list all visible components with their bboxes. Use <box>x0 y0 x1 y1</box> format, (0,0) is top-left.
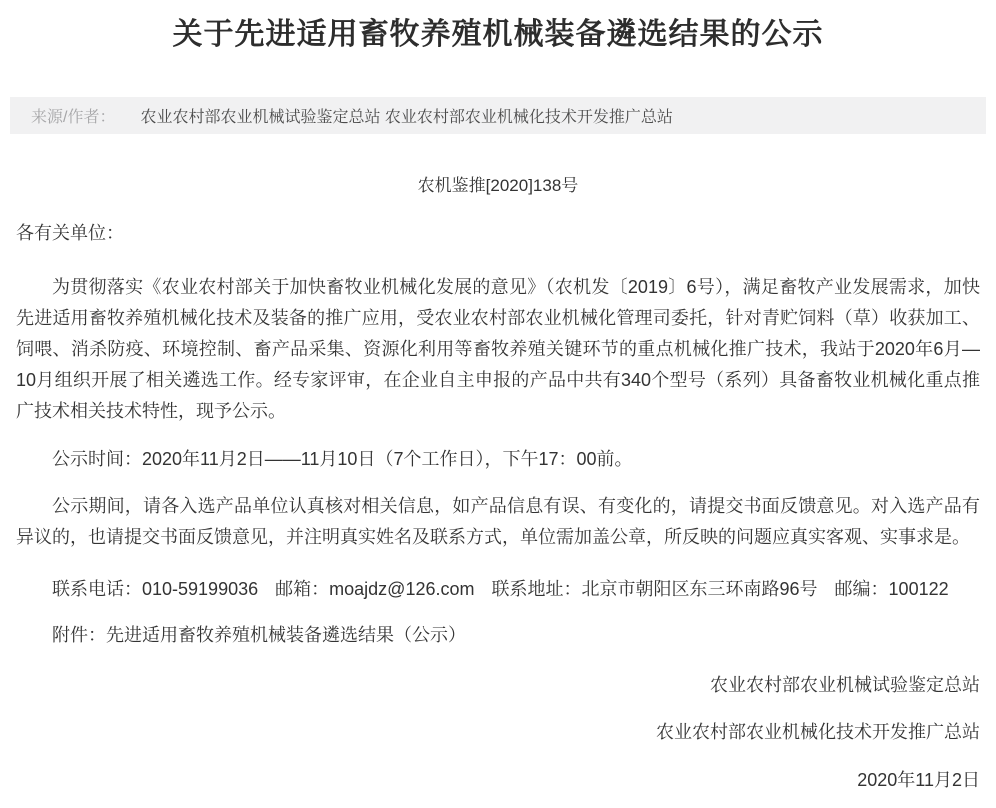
contact-email-group: 邮箱：moajdz@126.com <box>275 579 474 599</box>
contact-phone-value: 010-59199036 <box>142 579 258 599</box>
notice-page: 关于先进适用畜牧养殖机械装备遴选结果的公示 来源/作者： 农业农村部农业机械试验… <box>0 12 996 808</box>
source-author-label: 来源/作者： <box>31 104 115 127</box>
document-date: 2020年11月2日 <box>16 765 980 796</box>
contact-address-label: 联系地址： <box>492 579 582 599</box>
page-title: 关于先进适用畜牧养殖机械装备遴选结果的公示 <box>20 12 976 57</box>
contact-postcode-label: 邮编： <box>835 579 889 599</box>
paragraph-intro: 为贯彻落实《农业农村部关于加快畜牧业机械化发展的意见》（农机发〔2019〕6号）… <box>16 272 980 427</box>
paragraph-publicity-time: 公示时间：2020年11月2日——11月10日（7个工作日），下午17：00前。 <box>16 444 980 475</box>
contact-email-label: 邮箱： <box>275 579 329 599</box>
source-author-value: 农业农村部农业机械试验鉴定总站 农业农村部农业机械化技术开发推广总站 <box>140 104 672 127</box>
signature-org-2: 农业农村部农业机械化技术开发推广总站 <box>16 717 980 748</box>
contact-postcode-value: 100122 <box>889 579 949 599</box>
source-author-bar: 来源/作者： 农业农村部农业机械试验鉴定总站 农业农村部农业机械化技术开发推广总… <box>10 97 986 134</box>
contact-phone-group: 联系电话：010-59199036 <box>52 579 258 599</box>
signature-org-1: 农业农村部农业机械试验鉴定总站 <box>16 670 980 701</box>
contact-email-value: moajdz@126.com <box>329 579 474 599</box>
contact-phone-label: 联系电话： <box>52 579 142 599</box>
contact-address-value: 北京市朝阳区东三环南路96号 <box>582 579 818 599</box>
paragraph-publicity-period: 公示期间，请各入选产品单位认真核对相关信息，如产品信息有误、有变化的，请提交书面… <box>16 491 980 553</box>
salutation: 各有关单位： <box>16 218 980 249</box>
document-number: 农机鉴推[2020]138号 <box>16 170 980 201</box>
contact-postcode-group: 邮编：100122 <box>835 579 949 599</box>
document-body: 农机鉴推[2020]138号 各有关单位： 为贯彻落实《农业农村部关于加快畜牧业… <box>0 170 996 796</box>
contact-line: 联系电话：010-59199036 邮箱：moajdz@126.com 联系地址… <box>16 574 980 605</box>
attachment-line: 附件：先进适用畜牧养殖机械装备遴选结果（公示） <box>16 620 980 651</box>
contact-address-group: 联系地址：北京市朝阳区东三环南路96号 <box>492 579 818 599</box>
